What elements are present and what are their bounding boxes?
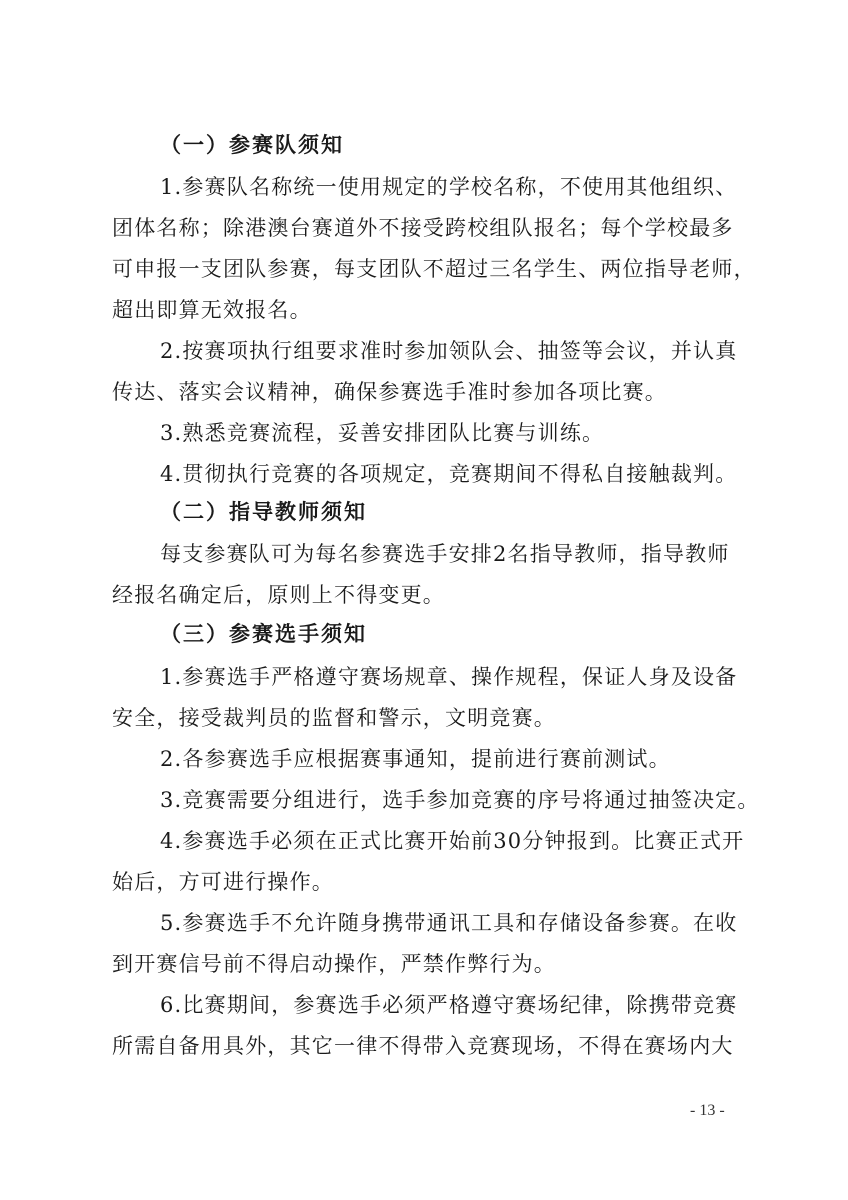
paragraph-line: 可申报一支团队参赛，每支团队不超过三名学生、两位指导老师， bbox=[112, 255, 756, 283]
paragraph-line: 6.比赛期间，参赛选手必须严格遵守赛场纪律，除携带竞赛 bbox=[160, 991, 737, 1019]
paragraph-line: 团体名称；除港澳台赛道外不接受跨校组队报名；每个学校最多 bbox=[112, 214, 734, 242]
page-number: - 13 - bbox=[690, 1102, 725, 1120]
paragraph-line: 始后，方可进行操作。 bbox=[112, 868, 334, 896]
paragraph-line: 4.贯彻执行竞赛的各项规定，竞赛期间不得私自接触裁判。 bbox=[160, 460, 737, 488]
paragraph-line: 所需自备用具外，其它一律不得带入竞赛现场，不得在赛场内大 bbox=[112, 1032, 734, 1060]
paragraph-line: 到开赛信号前不得启动操作，严禁作弊行为。 bbox=[112, 950, 556, 978]
section-heading-teachers: （二）指导教师须知 bbox=[160, 498, 367, 526]
paragraph-line: 3.熟悉竞赛流程，妥善安排团队比赛与训练。 bbox=[160, 419, 604, 447]
paragraph-line: 5.参赛选手不允许随身携带通讯工具和存储设备参赛。在收 bbox=[160, 909, 737, 937]
section-heading-team: （一）参赛队须知 bbox=[160, 131, 344, 159]
paragraph-line: 4.参赛选手必须在正式比赛开始前30分钟报到。比赛正式开 bbox=[160, 827, 744, 855]
paragraph-line: 3.竞赛需要分组进行，选手参加竞赛的序号将通过抽签决定。 bbox=[160, 786, 760, 814]
paragraph-line: 传达、落实会议精神，确保参赛选手准时参加各项比赛。 bbox=[112, 378, 667, 406]
paragraph-line: 每支参赛队可为每名参赛选手安排2名指导教师，指导教师 bbox=[160, 540, 730, 568]
paragraph-line: 超出即算无效报名。 bbox=[112, 296, 312, 324]
paragraph-line: 1.参赛选手严格遵守赛场规章、操作规程，保证人身及设备 bbox=[160, 663, 737, 691]
paragraph-line: 2.按赛项执行组要求准时参加领队会、抽签等会议，并认真 bbox=[160, 337, 737, 365]
section-heading-contestants: （三）参赛选手须知 bbox=[160, 620, 367, 648]
paragraph-line: 1.参赛队名称统一使用规定的学校名称，不使用其他组织、 bbox=[160, 173, 737, 201]
paragraph-line: 经报名确定后，原则上不得变更。 bbox=[112, 581, 445, 609]
paragraph-line: 安全，接受裁判员的监督和警示，文明竞赛。 bbox=[112, 704, 556, 732]
paragraph-line: 2.各参赛选手应根据赛事通知，提前进行赛前测试。 bbox=[160, 745, 671, 773]
